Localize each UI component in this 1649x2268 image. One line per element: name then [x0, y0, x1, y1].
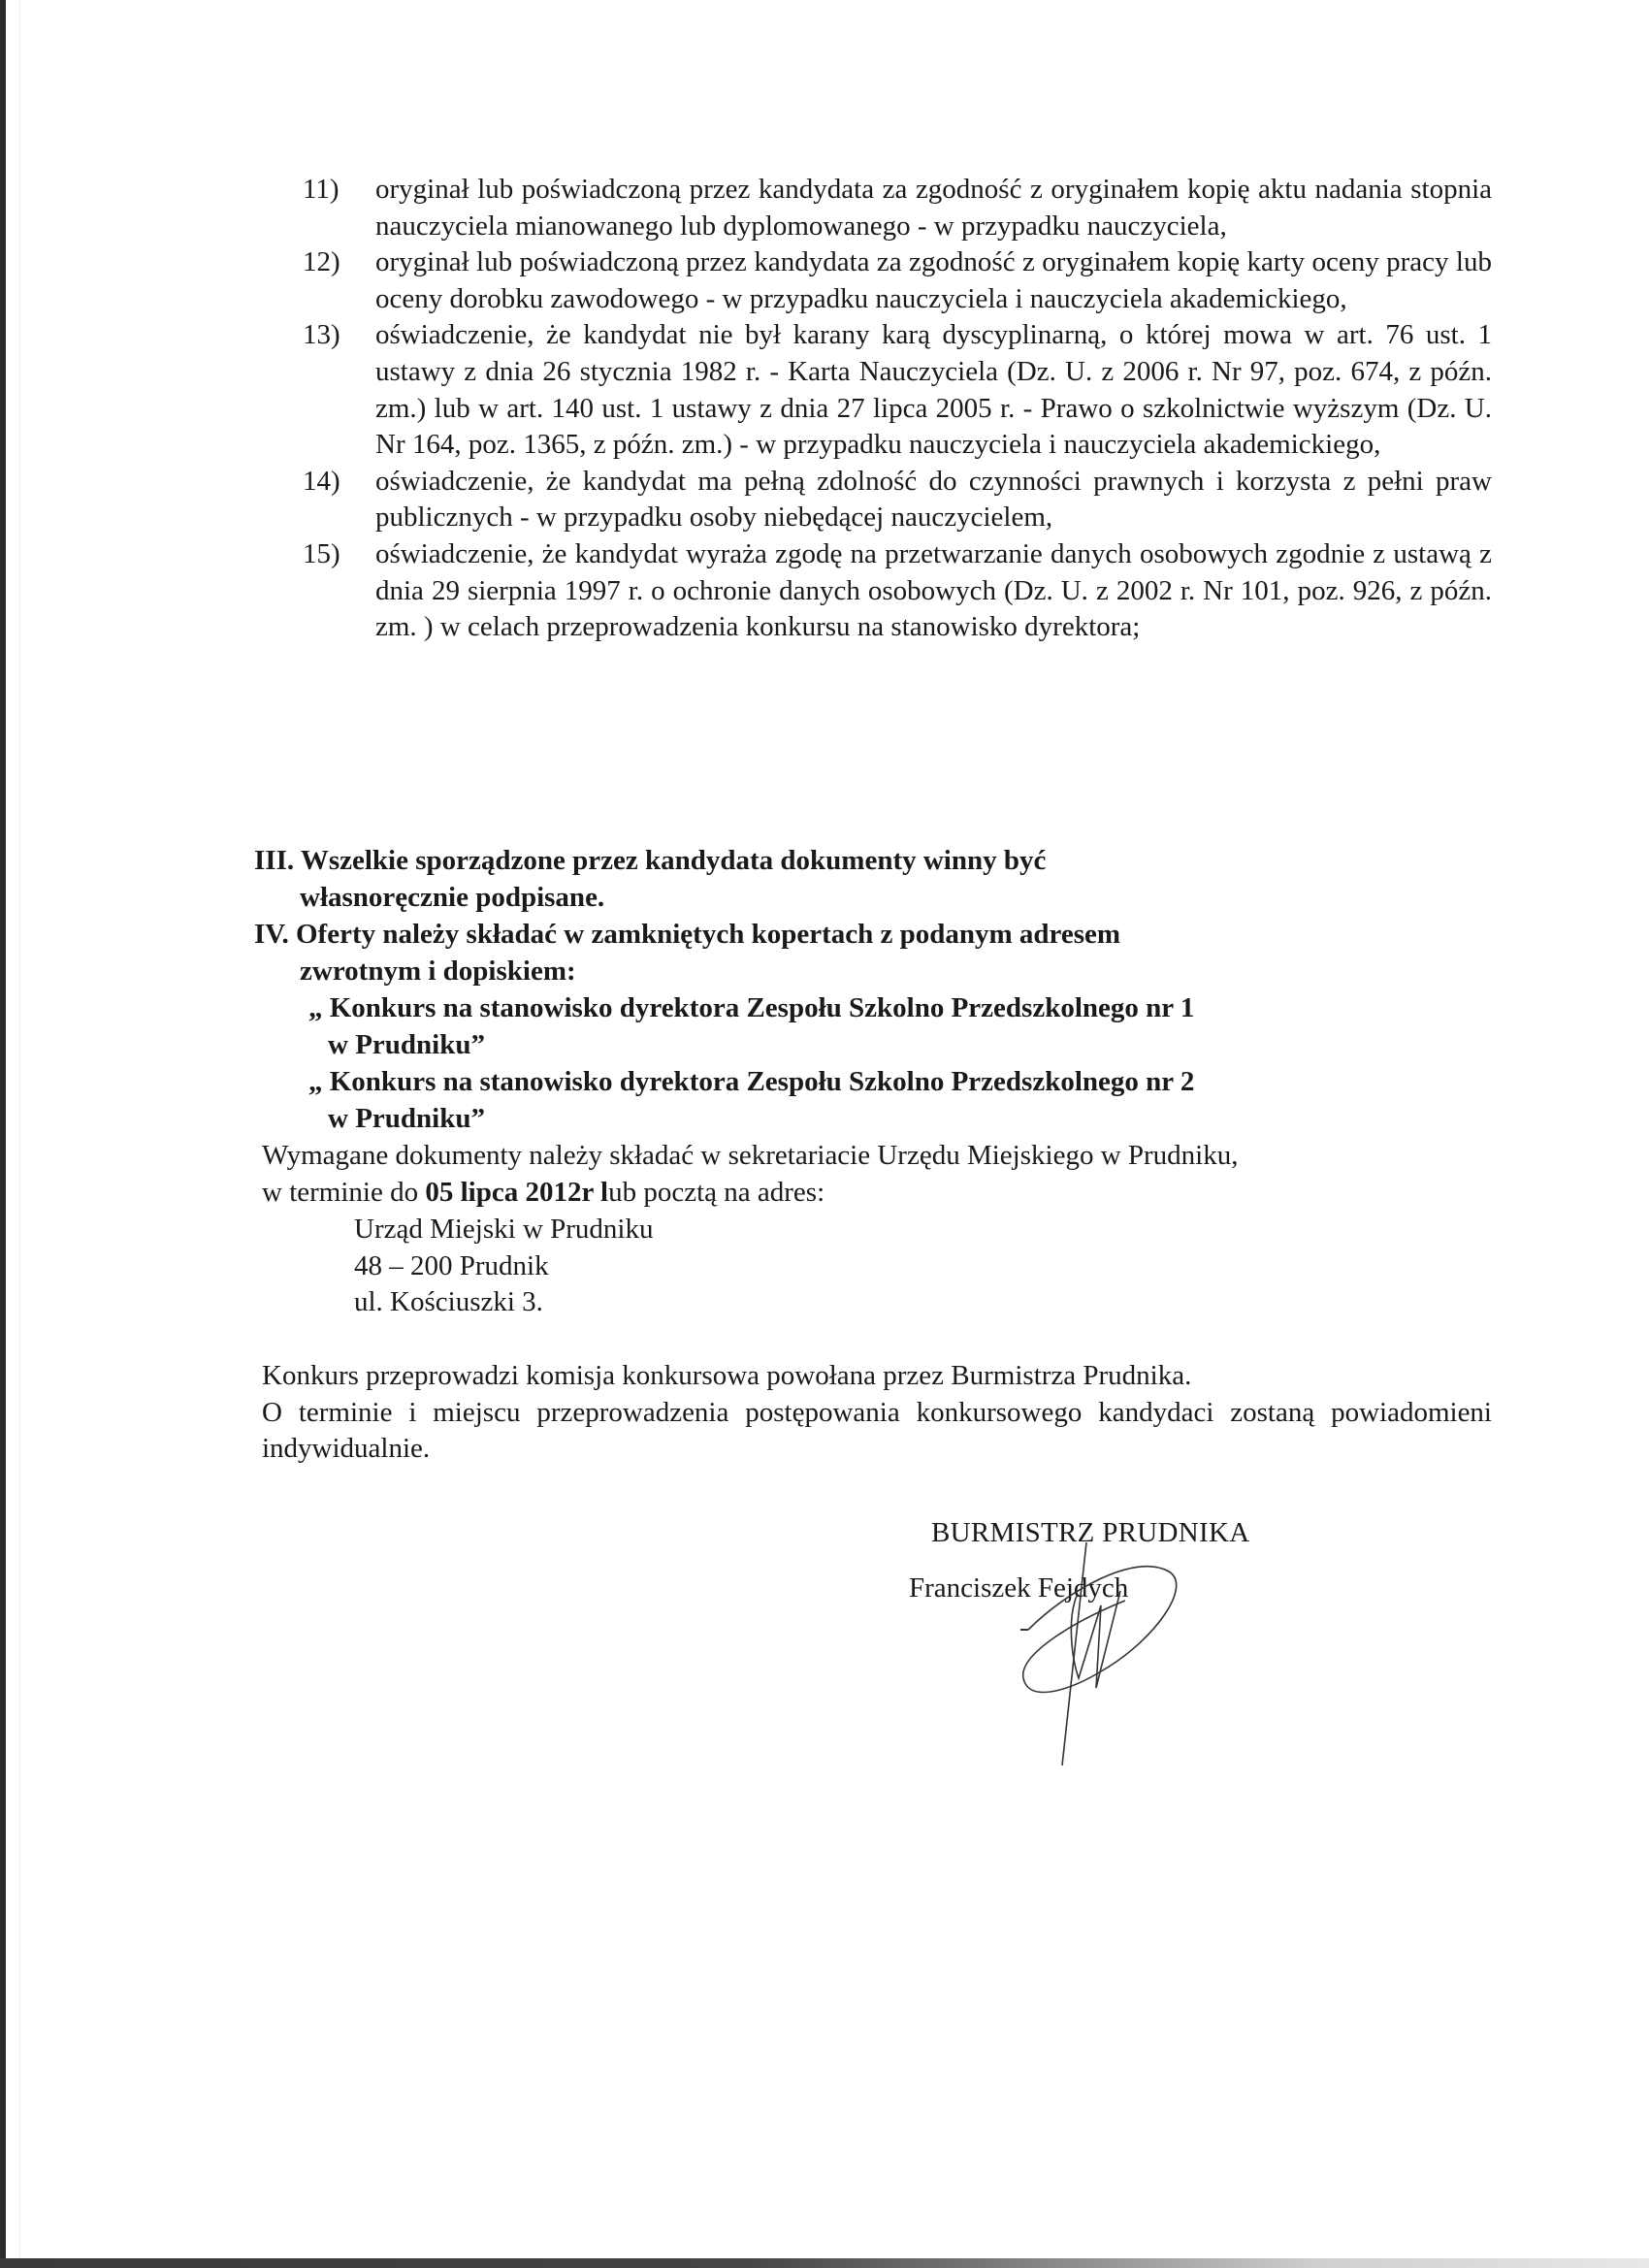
- scan-border-bottom: [0, 2258, 1649, 2268]
- envelope-label-line2: w Prudniku”: [308, 1027, 1194, 1064]
- envelope-label-line1: „ Konkurs na stanowisko dyrektora Zespoł…: [308, 990, 1194, 1027]
- scan-border-left: [0, 0, 6, 2268]
- requirements-list: 11) oryginał lub poświadczoną przez kand…: [303, 172, 1492, 646]
- closing-line1: Konkurs przeprowadzi komisja konkursowa …: [262, 1358, 1492, 1395]
- envelope-label-2: „ Konkurs na stanowisko dyrektora Zespoł…: [308, 1064, 1194, 1137]
- section-iv-line2: zwrotnym i dopiskiem:: [254, 954, 1418, 990]
- closing-line2: O terminie i miejscu przeprowadzenia pos…: [262, 1395, 1492, 1468]
- handwritten-signature-icon: [1009, 1533, 1203, 1766]
- address-line: ul. Kościuszki 3.: [354, 1284, 654, 1321]
- list-item: 14) oświadczenie, że kandydat ma pełną z…: [303, 464, 1492, 536]
- submission-line2-end: ub pocztą na adres:: [608, 1177, 824, 1208]
- list-item: 15) oświadczenie, że kandydat wyraża zgo…: [303, 536, 1492, 646]
- deadline-date: 05 lipca 2012r l: [425, 1177, 608, 1208]
- scan-edge-line: [19, 0, 20, 2260]
- document-page: 11) oryginał lub poświadczoną przez kand…: [0, 0, 1649, 2268]
- address-line: 48 – 200 Prudnik: [354, 1248, 654, 1285]
- item-number: 13): [303, 317, 340, 354]
- item-text: oświadczenie, że kandydat nie był karany…: [375, 319, 1492, 460]
- envelope-label-line1: „ Konkurs na stanowisko dyrektora Zespoł…: [308, 1064, 1194, 1101]
- item-number: 15): [303, 536, 340, 573]
- item-text: oświadczenie, że kandydat ma pełną zdoln…: [375, 466, 1492, 534]
- submission-info: Wymagane dokumenty należy składać w sekr…: [262, 1138, 1238, 1211]
- submission-line2-start: w terminie do: [262, 1177, 425, 1208]
- envelope-label-1: „ Konkurs na stanowisko dyrektora Zespoł…: [308, 990, 1194, 1063]
- list-item: 12) oryginał lub poświadczoną przez kand…: [303, 244, 1492, 317]
- item-number: 11): [303, 172, 339, 209]
- submission-line1: Wymagane dokumenty należy składać w sekr…: [262, 1138, 1238, 1175]
- closing-paragraph: Konkurs przeprowadzi komisja konkursowa …: [262, 1358, 1492, 1468]
- item-number: 12): [303, 244, 340, 281]
- postal-address: Urząd Miejski w Prudniku 48 – 200 Prudni…: [354, 1212, 654, 1321]
- section-iii: III. Wszelkie sporządzone przez kandydat…: [254, 843, 1418, 916]
- address-line: Urząd Miejski w Prudniku: [354, 1212, 654, 1248]
- list-item: 11) oryginał lub poświadczoną przez kand…: [303, 172, 1492, 244]
- item-number: 14): [303, 464, 340, 501]
- envelope-label-line2: w Prudniku”: [308, 1101, 1194, 1138]
- section-iv-line1: IV. Oferty należy składać w zamkniętych …: [254, 917, 1418, 954]
- section-iii-line2: własnoręcznie podpisane.: [254, 880, 1418, 917]
- section-iii-line1: III. Wszelkie sporządzone przez kandydat…: [254, 843, 1418, 880]
- list-item: 13) oświadczenie, że kandydat nie był ka…: [303, 317, 1492, 463]
- item-text: oświadczenie, że kandydat wyraża zgodę n…: [375, 538, 1492, 642]
- item-text: oryginał lub poświadczoną przez kandydat…: [375, 174, 1492, 242]
- section-iv: IV. Oferty należy składać w zamkniętych …: [254, 917, 1418, 989]
- item-text: oryginał lub poświadczoną przez kandydat…: [375, 246, 1492, 314]
- submission-line2: w terminie do 05 lipca 2012r lub pocztą …: [262, 1175, 1238, 1212]
